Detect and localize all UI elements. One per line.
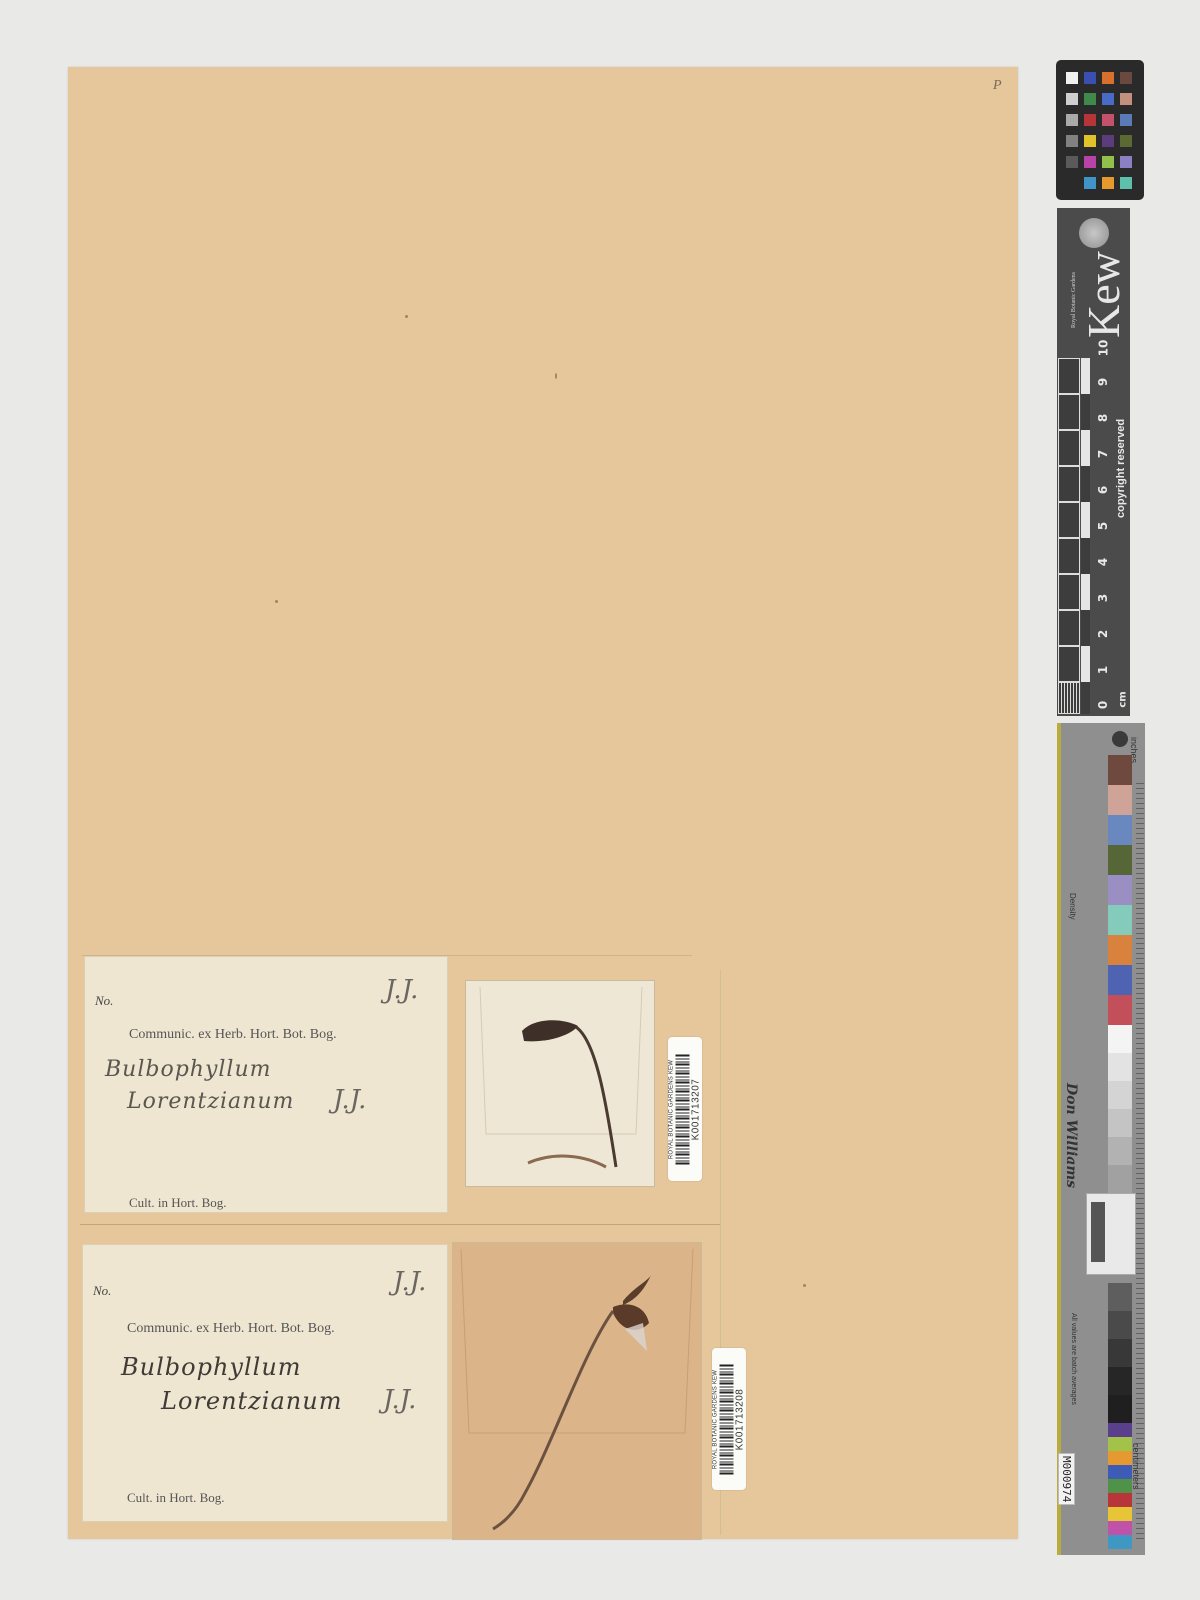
colour-chip xyxy=(1102,93,1114,105)
batch-note: All values are batch averages xyxy=(1070,1313,1077,1405)
grey-patch xyxy=(1108,1165,1132,1193)
scale-block xyxy=(1058,358,1080,394)
colour-patch xyxy=(1108,1507,1132,1521)
colour-chip xyxy=(1102,135,1114,147)
barcode-label-1: ROYAL BOTANIC GARDENS KEW K001713207 xyxy=(668,1037,702,1181)
colour-chip xyxy=(1102,114,1114,126)
colour-chip xyxy=(1120,93,1132,105)
grey-patch xyxy=(1108,1137,1132,1165)
scale-block-mm xyxy=(1058,682,1080,714)
colour-density-strip: inches Density Don Williams All values a… xyxy=(1057,723,1145,1555)
scale-number: 3 xyxy=(1096,594,1110,602)
label-communic: Communic. ex Herb. Hort. Bot. Bog. xyxy=(127,1321,335,1337)
barcode-org: ROYAL BOTANIC GARDENS KEW xyxy=(713,1369,719,1468)
scale-number: 2 xyxy=(1096,630,1110,638)
colour-chip xyxy=(1084,72,1096,84)
dark-patch xyxy=(1108,1339,1132,1367)
sheet-fleck xyxy=(555,373,557,379)
label-cult: Cult. in Hort. Bog. xyxy=(129,1195,227,1211)
scale-number: 0 xyxy=(1096,701,1110,709)
copyright-text: copyright reserved xyxy=(1115,419,1127,518)
strip-id: M000974 xyxy=(1058,1453,1075,1505)
colour-patch xyxy=(1108,785,1132,815)
scale-block xyxy=(1058,430,1080,466)
grey-patch xyxy=(1108,1109,1132,1137)
barcode-org: ROYAL BOTANIC GARDENS KEW xyxy=(669,1059,675,1158)
barcode-label-2: ROYAL BOTANIC GARDENS KEW K001713208 xyxy=(712,1348,746,1490)
colour-chip xyxy=(1066,72,1078,84)
colour-chip xyxy=(1084,177,1096,189)
colour-chip xyxy=(1084,114,1096,126)
handwritten-initials: J.J. xyxy=(393,1267,426,1297)
colour-patch xyxy=(1108,815,1132,845)
dark-patch xyxy=(1108,1283,1132,1311)
colour-patch xyxy=(1108,1521,1132,1535)
colour-chip xyxy=(1120,135,1132,147)
barcode-id: K001713207 xyxy=(691,1078,702,1140)
label-no: No. xyxy=(95,993,113,1009)
grey-patch xyxy=(1108,1053,1132,1081)
scale-block xyxy=(1058,538,1080,574)
scale-number: 10 xyxy=(1096,340,1110,357)
scale-block xyxy=(1058,466,1080,502)
kew-logo: Kew xyxy=(1077,251,1130,338)
colour-checker-card xyxy=(1056,60,1144,200)
colour-chip xyxy=(1066,93,1078,105)
colour-patch xyxy=(1108,1465,1132,1479)
scale-block xyxy=(1058,646,1080,682)
specimen-plant-1 xyxy=(466,981,654,1186)
scale-number: 8 xyxy=(1096,414,1110,422)
specimen-packet-2 xyxy=(452,1242,702,1540)
scale-checker-column xyxy=(1081,358,1090,714)
colour-chip xyxy=(1084,156,1096,168)
specimen-label-2: No. Communic. ex Herb. Hort. Bot. Bog. B… xyxy=(82,1244,448,1522)
colour-chip xyxy=(1102,72,1114,84)
colour-chip xyxy=(1066,114,1078,126)
scale-number: 9 xyxy=(1096,378,1110,386)
colour-chip xyxy=(1120,177,1132,189)
handwritten-initials: J.J. xyxy=(333,1085,366,1115)
scale-number: 4 xyxy=(1096,558,1110,566)
scale-block xyxy=(1058,394,1080,430)
strip-ruler xyxy=(1136,783,1144,1543)
mount-line xyxy=(80,1224,720,1225)
colour-chip xyxy=(1102,156,1114,168)
barcode-bars xyxy=(676,1054,690,1164)
scale-block xyxy=(1058,574,1080,610)
handwritten-epithet: Lorentzianum xyxy=(161,1387,342,1415)
colour-chip xyxy=(1084,135,1096,147)
strip-hole xyxy=(1112,731,1128,747)
colour-chip xyxy=(1066,135,1078,147)
grey-patch xyxy=(1108,1025,1132,1053)
handwritten-genus: Bulbophyllum xyxy=(121,1353,302,1381)
label-cult: Cult. in Hort. Bog. xyxy=(127,1490,225,1506)
handwritten-genus: Bulbophyllum xyxy=(105,1057,271,1082)
strip-inset-target xyxy=(1086,1193,1136,1275)
sheet-corner-mark: P xyxy=(993,78,1002,94)
colour-patch xyxy=(1108,875,1132,905)
colour-patch xyxy=(1108,905,1132,935)
colour-patch xyxy=(1108,1423,1132,1437)
scale-block xyxy=(1058,610,1080,646)
handwritten-initials: J.J. xyxy=(385,975,418,1005)
scale-unit: cm xyxy=(1118,691,1129,707)
label-no: No. xyxy=(93,1283,111,1299)
scale-number: 7 xyxy=(1096,450,1110,458)
colour-patch xyxy=(1108,845,1132,875)
barcode-id: K001713208 xyxy=(735,1388,746,1450)
colour-chip xyxy=(1120,156,1132,168)
kew-crest-icon xyxy=(1079,218,1109,248)
kew-scale-bar: Royal Botanic Gardens Kew 0 1 2 3 4 5 6 … xyxy=(1057,208,1130,716)
colour-patch xyxy=(1108,1451,1132,1465)
colour-chip xyxy=(1066,177,1078,189)
colour-chip xyxy=(1084,93,1096,105)
sheet-fleck xyxy=(803,1284,806,1287)
scale-number: 1 xyxy=(1096,666,1110,674)
scale-number: 5 xyxy=(1096,522,1110,530)
specimen-packet-1 xyxy=(465,980,655,1187)
centimeters-label: centimeters xyxy=(1131,1443,1141,1490)
colour-patch xyxy=(1108,935,1132,965)
grey-patch xyxy=(1108,1081,1132,1109)
scale-number: 6 xyxy=(1096,486,1110,494)
dark-patch xyxy=(1108,1395,1132,1423)
scale-block xyxy=(1058,502,1080,538)
handwritten-initials: J.J. xyxy=(383,1385,416,1415)
sheet-fleck xyxy=(275,600,278,603)
colour-patch xyxy=(1108,1535,1132,1549)
sheet-fleck xyxy=(405,315,408,318)
colour-patch xyxy=(1108,755,1132,785)
colour-chip xyxy=(1066,156,1078,168)
density-label: Density xyxy=(1068,893,1077,920)
colour-patch xyxy=(1108,995,1132,1025)
dark-patch xyxy=(1108,1367,1132,1395)
label-communic: Communic. ex Herb. Hort. Bot. Bog. xyxy=(129,1027,337,1043)
dark-patch xyxy=(1108,1311,1132,1339)
specimen-plant-2 xyxy=(453,1243,701,1539)
handwritten-epithet: Lorentzianum xyxy=(127,1089,294,1114)
colour-patch xyxy=(1108,1493,1132,1507)
colour-patch xyxy=(1108,1479,1132,1493)
colour-chip xyxy=(1102,177,1114,189)
inset-bar xyxy=(1091,1202,1105,1262)
don-williams-brand: Don Williams xyxy=(1063,1083,1079,1188)
colour-patch xyxy=(1108,1437,1132,1451)
specimen-label-1: No. Communic. ex Herb. Hort. Bot. Bog. B… xyxy=(84,956,448,1213)
colour-chip xyxy=(1120,72,1132,84)
barcode-bars xyxy=(720,1364,734,1474)
colour-chip xyxy=(1120,114,1132,126)
colour-patch xyxy=(1108,965,1132,995)
